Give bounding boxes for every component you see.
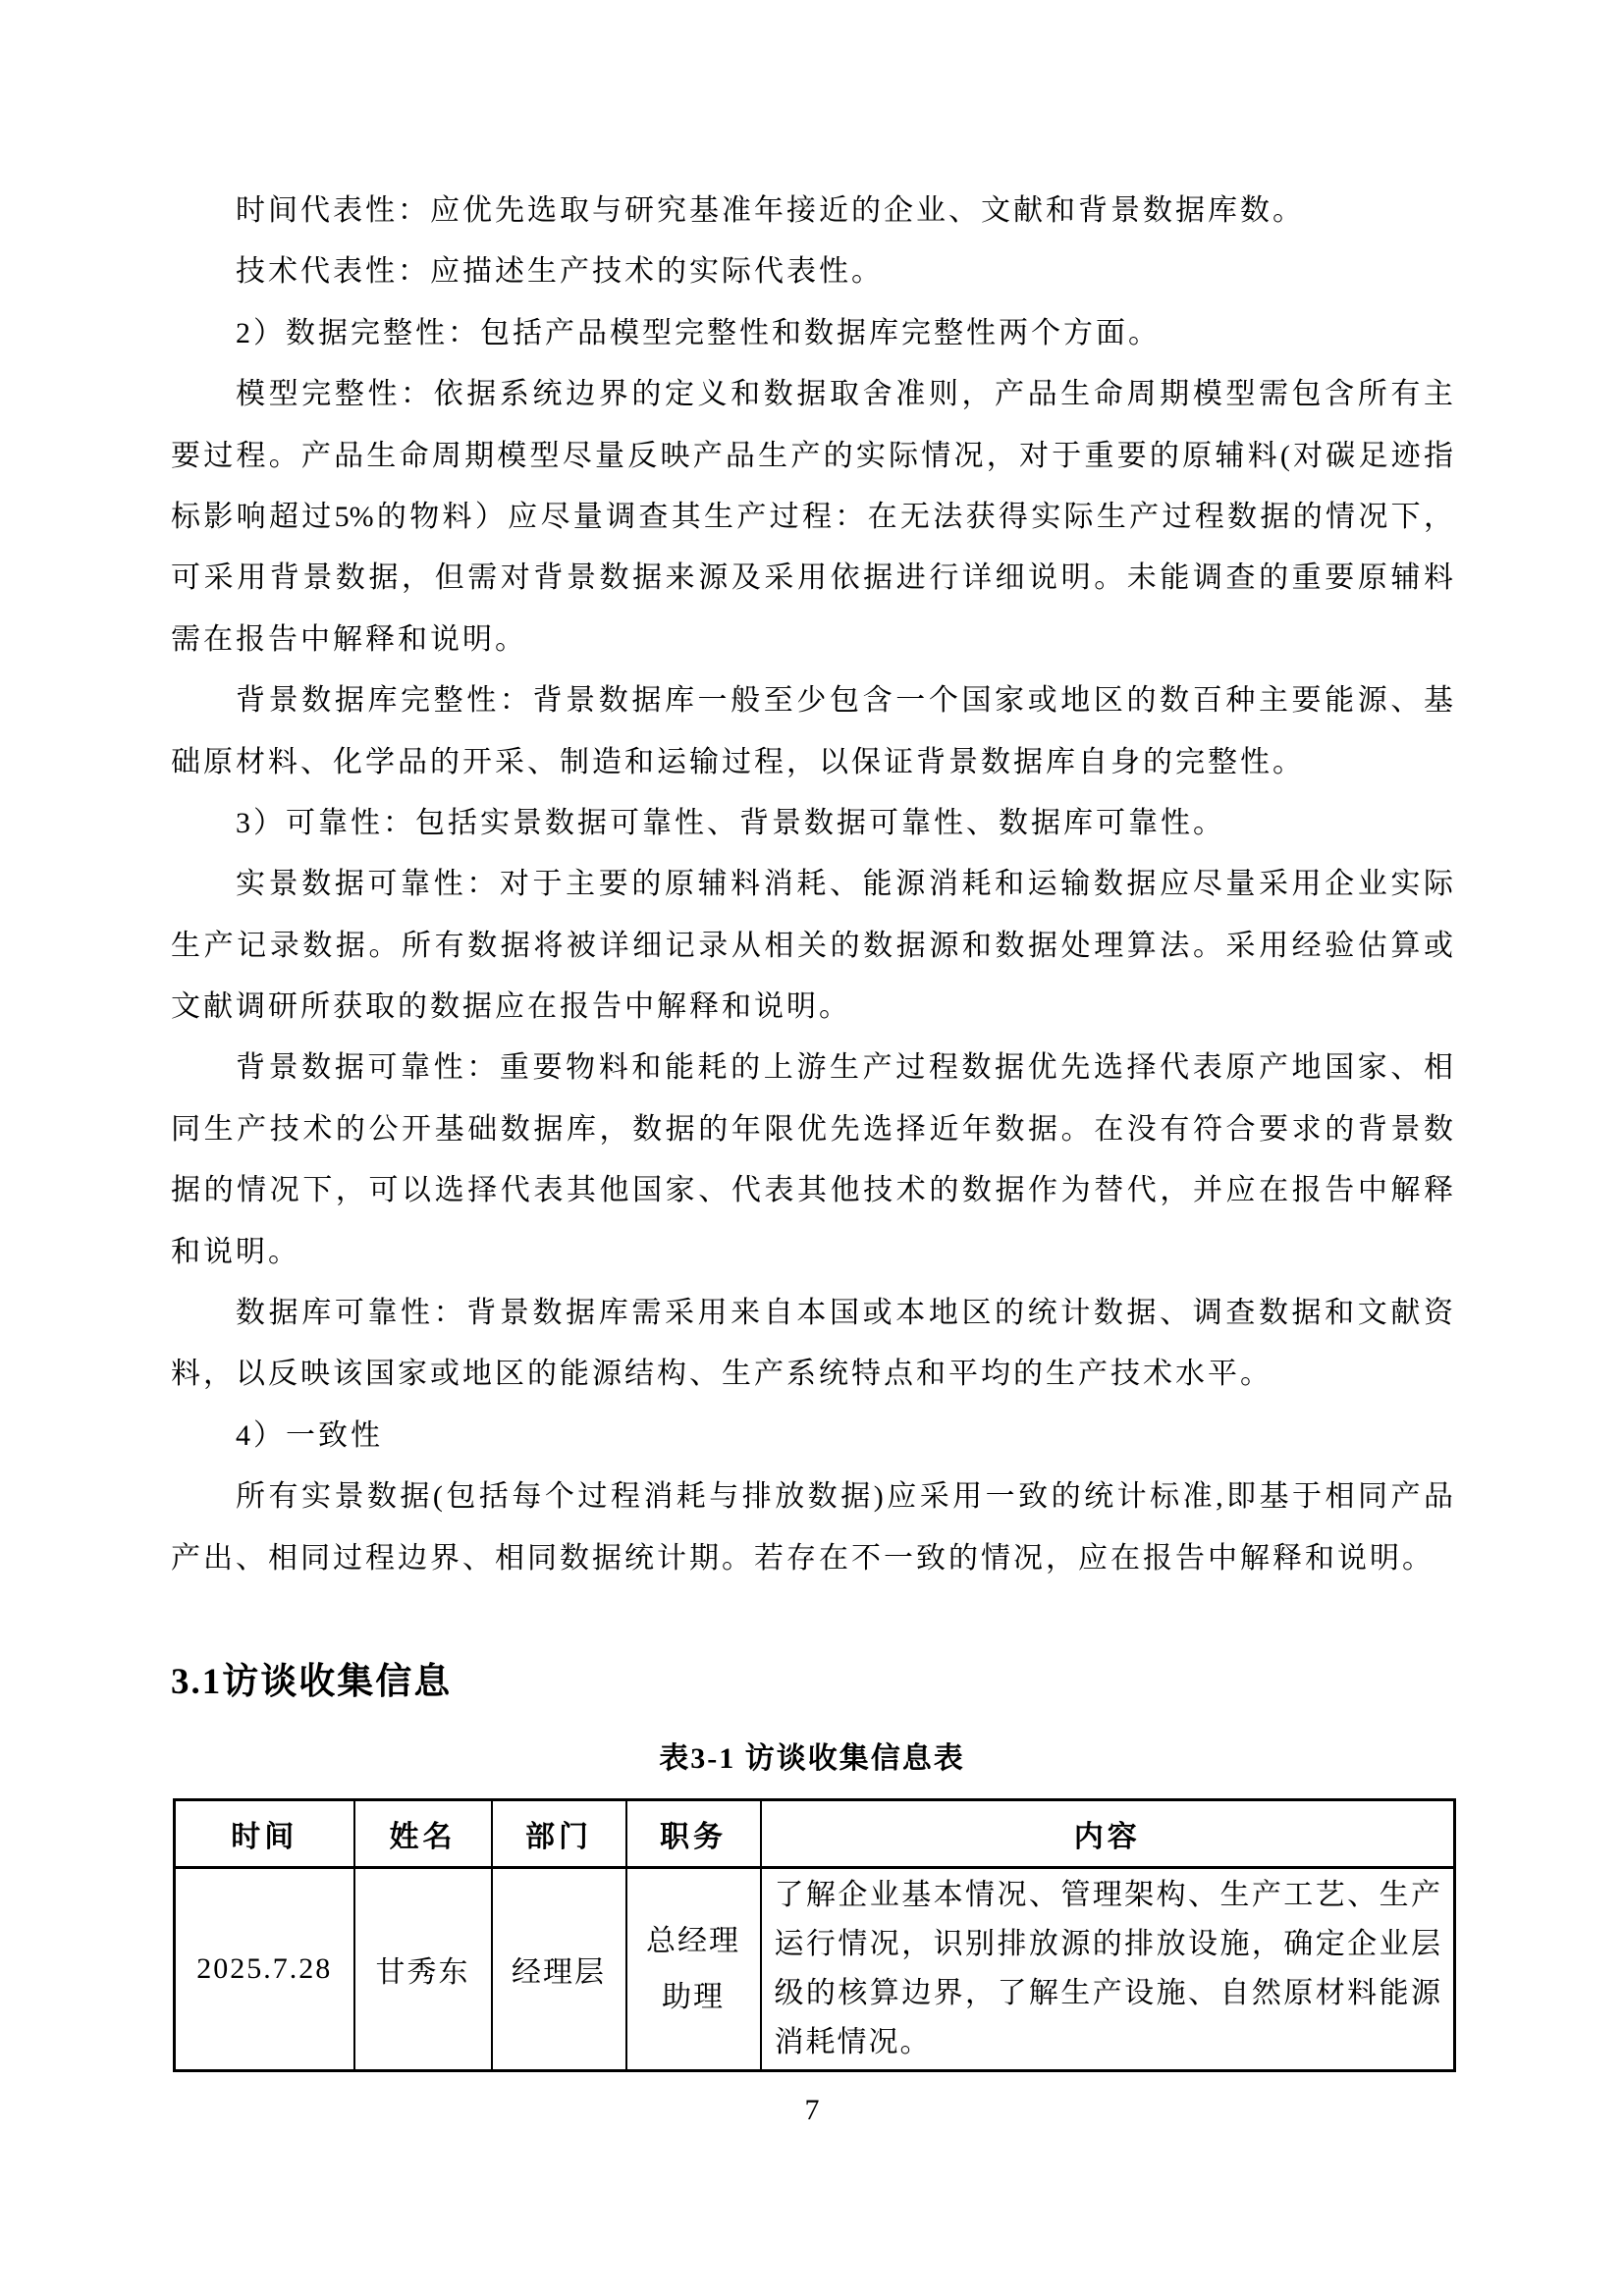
paragraph: 3）可靠性：包括实景数据可靠性、背景数据可靠性、数据库可靠性。: [171, 793, 1453, 854]
paragraph: 背景数据可靠性：重要物料和能耗的上游生产过程数据优先选择代表原产地国家、相同生产…: [171, 1038, 1453, 1283]
column-header: 职务: [626, 1800, 761, 1868]
body-line: 料，以反映该国家或地区的能源结构、生产系统特点和平均的生产技术水平。: [171, 1344, 1453, 1405]
paragraph: 时间代表性：应优先选取与研究基准年接近的企业、文献和背景数据库数。: [171, 181, 1453, 241]
body-line: 标影响超过5%的物料）应尽量调查其生产过程：在无法获得实际生产过程数据的情况下，: [171, 487, 1453, 548]
document-page: 时间代表性：应优先选取与研究基准年接近的企业、文献和背景数据库数。技术代表性：应…: [0, 0, 1624, 2296]
paragraph: 背景数据库完整性：背景数据库一般至少包含一个国家或地区的数百种主要能源、基础原材…: [171, 670, 1453, 793]
content-line: 级的核算边界，了解生产设施、自然原材料能源: [775, 1969, 1441, 2018]
cell-department: 经理层: [492, 1868, 626, 2071]
cell-position: 总经理助理: [626, 1868, 761, 2071]
section-heading: 3.1访谈收集信息: [171, 1653, 452, 1712]
column-header: 部门: [492, 1800, 626, 1868]
body-line: 模型完整性：依据系统边界的定义和数据取舍准则，产品生命周期模型需包含所有主: [171, 364, 1453, 425]
body-line: 所有实景数据(包括每个过程消耗与排放数据)应采用一致的统计标准,即基于相同产品: [171, 1467, 1453, 1527]
column-header: 姓名: [354, 1800, 492, 1868]
body-line: 和说明。: [171, 1222, 1453, 1283]
body-line: 实景数据可靠性：对于主要的原辅料消耗、能源消耗和运输数据应尽量采用企业实际: [171, 854, 1453, 915]
paragraph: 4）一致性: [171, 1406, 1453, 1467]
paragraph: 模型完整性：依据系统边界的定义和数据取舍准则，产品生命周期模型需包含所有主要过程…: [171, 364, 1453, 670]
body-line: 2）数据完整性：包括产品模型完整性和数据库完整性两个方面。: [171, 303, 1453, 364]
table-header-row: 时间姓名部门职务内容: [175, 1800, 1455, 1868]
content-line: 了解企业基本情况、管理架构、生产工艺、生产: [775, 1871, 1441, 1920]
body-line: 据的情况下，可以选择代表其他国家、代表其他技术的数据作为替代，并应在报告中解释: [171, 1160, 1453, 1221]
column-header: 内容: [761, 1800, 1455, 1868]
interview-info-table: 时间姓名部门职务内容 2025.7.28甘秀东经理层总经理助理了解企业基本情况、…: [173, 1798, 1456, 2072]
body-text: 时间代表性：应优先选取与研究基准年接近的企业、文献和背景数据库数。技术代表性：应…: [171, 181, 1453, 1589]
table-caption: 表3-1 访谈收集信息表: [0, 1737, 1624, 1781]
body-line: 础原材料、化学品的开采、制造和运输过程，以保证背景数据库自身的完整性。: [171, 732, 1453, 793]
page-number: 7: [0, 2089, 1624, 2132]
body-line: 数据库可靠性：背景数据库需采用来自本国或本地区的统计数据、调查数据和文献资: [171, 1283, 1453, 1344]
body-line: 背景数据可靠性：重要物料和能耗的上游生产过程数据优先选择代表原产地国家、相: [171, 1038, 1453, 1098]
content-line: 消耗情况。: [775, 2018, 1441, 2067]
paragraph: 2）数据完整性：包括产品模型完整性和数据库完整性两个方面。: [171, 303, 1453, 364]
column-header: 时间: [175, 1800, 354, 1868]
table-row: 2025.7.28甘秀东经理层总经理助理了解企业基本情况、管理架构、生产工艺、生…: [175, 1868, 1455, 2071]
body-line: 文献调研所获取的数据应在报告中解释和说明。: [171, 977, 1453, 1038]
body-line: 需在报告中解释和说明。: [171, 610, 1453, 670]
body-line: 产出、相同过程边界、相同数据统计期。若存在不一致的情况，应在报告中解释和说明。: [171, 1528, 1453, 1589]
body-line: 技术代表性：应描述生产技术的实际代表性。: [171, 241, 1453, 302]
body-line: 背景数据库完整性：背景数据库一般至少包含一个国家或地区的数百种主要能源、基: [171, 670, 1453, 731]
body-line: 4）一致性: [171, 1406, 1453, 1467]
body-line: 可采用背景数据，但需对背景数据来源及采用依据进行详细说明。未能调查的重要原辅料: [171, 548, 1453, 609]
paragraph: 所有实景数据(包括每个过程消耗与排放数据)应采用一致的统计标准,即基于相同产品产…: [171, 1467, 1453, 1589]
body-line: 3）可靠性：包括实景数据可靠性、背景数据可靠性、数据库可靠性。: [171, 793, 1453, 854]
cell-time: 2025.7.28: [175, 1868, 354, 2071]
body-line: 生产记录数据。所有数据将被详细记录从相关的数据源和数据处理算法。采用经验估算或: [171, 916, 1453, 977]
position-line: 助理: [627, 1969, 760, 2025]
paragraph: 技术代表性：应描述生产技术的实际代表性。: [171, 241, 1453, 302]
body-line: 时间代表性：应优先选取与研究基准年接近的企业、文献和背景数据库数。: [171, 181, 1453, 241]
paragraph: 实景数据可靠性：对于主要的原辅料消耗、能源消耗和运输数据应尽量采用企业实际生产记…: [171, 854, 1453, 1038]
position-line: 总经理: [627, 1913, 760, 1969]
body-line: 要过程。产品生命周期模型尽量反映产品生产的实际情况，对于重要的原辅料(对碳足迹指: [171, 426, 1453, 487]
content-line: 运行情况，识别排放源的排放设施，确定企业层: [775, 1920, 1441, 1969]
cell-content: 了解企业基本情况、管理架构、生产工艺、生产运行情况，识别排放源的排放设施，确定企…: [761, 1868, 1455, 2071]
paragraph: 数据库可靠性：背景数据库需采用来自本国或本地区的统计数据、调查数据和文献资料，以…: [171, 1283, 1453, 1406]
cell-name: 甘秀东: [354, 1868, 492, 2071]
body-line: 同生产技术的公开基础数据库，数据的年限优先选择近年数据。在没有符合要求的背景数: [171, 1099, 1453, 1160]
